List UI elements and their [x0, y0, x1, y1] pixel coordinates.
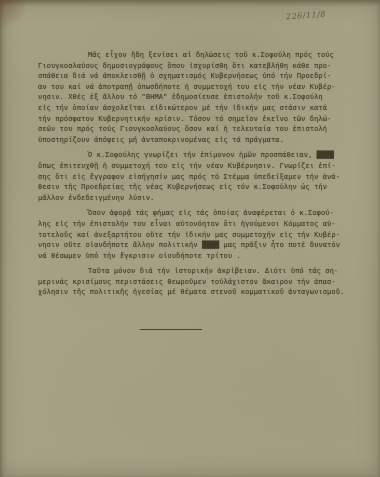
text-line: Ταῦτα μόνον διά τήν ἱστορικήν ἀκρίβειαν.…: [38, 266, 352, 277]
paragraph-4: Ταῦτα μόνον διά τήν ἱστορικήν ἀκρίβειαν.…: [38, 266, 352, 298]
text-line: τήν πρόσφατον Κυβερνητικήν κρίσιν. Τόσον…: [38, 114, 352, 125]
text-line: εἰς τήν ὁποίαν ἀσχολεῖται εἰδικώτερον μέ…: [38, 103, 352, 114]
text-line: νησιν. Χθές ἐξ ἄλλου τό "ΒΗΜΑ" ἐδημοσίευ…: [38, 92, 352, 103]
text-line: Γιουγκοσλαύους δημοσιογράφους ὅπου ἰσχυρ…: [38, 61, 352, 72]
text-line: σης ὅτι εἰς ἔγγραφον εἰσήγησίν μας πρός …: [38, 172, 352, 183]
paper-corner-stain: [0, 0, 26, 30]
text-line: μερινάς κρισίμους περιστάσεις θεωροῦμεν …: [38, 277, 352, 288]
paragraph-2: Ὁ κ.Σοφούλης γνωρίζει τήν ἐπίμονον ἡμῶν …: [38, 150, 352, 203]
text-line: αν του καί νά ἀποτραπῇ ὁπωσδήποτε ἡ συμμ…: [38, 82, 352, 93]
text-line: ὅπως ἐπιτευχθῇ ἡ συμμετοχή του εἰς τήν ν…: [38, 161, 352, 172]
text-line: χόλησιν τῆς πολιτικῆς ἡγεσίας μέ θέματα …: [38, 287, 352, 298]
separator-line: [140, 329, 202, 330]
text-line: λης εἰς τήν ἐπιστολήν του εἶναι αὐτονόητ…: [38, 219, 352, 230]
text-line: θεσιν τῆς Προεδρείας τῆς νέας Κυβερνήσεω…: [38, 182, 352, 193]
text-line: τοτελοῦς καί ἀνεξαρτήτου οὔτε τήν ἰδικήν…: [38, 230, 352, 241]
text-line: ὑποστηρίζουν ἀπόψεις μή ἀνταποκρινομένας…: [38, 135, 352, 146]
document-body: Μᾶς εἶχον ἤδη ξενίσει αἱ δηλώσεις τοῦ κ.…: [38, 50, 352, 303]
paragraph-1: Μᾶς εἶχον ἤδη ξενίσει αἱ δηλώσεις τοῦ κ.…: [38, 50, 352, 145]
reference-number: 226/11/8: [286, 8, 356, 22]
paragraph-3: Ὅσον ἀφορᾷ τάς φήμας εἰς τάς ὁποίας ἀναφ…: [38, 208, 352, 261]
text-line: Ὅσον ἀφορᾷ τάς φήμας εἰς τάς ὁποίας ἀναφ…: [38, 208, 352, 219]
text-line: νησιν οὔτε οἱανδήποτε ἄλλην πολιτικήν ██…: [38, 240, 352, 251]
text-line: νά θέσωμεν ὑπό τήν ἔγκρισιν οἱουδήποτε τ…: [38, 251, 352, 262]
text-line: σπάθεια διά νά ἀποκλεισθῇ ὁ σχηματισμός …: [38, 71, 352, 82]
text-line: μᾶλλον ἐνδεδειγμένην λύσιν.: [38, 193, 352, 204]
text-line: σεών του πρός τούς Γιουγκοσλαύους ὅσον κ…: [38, 124, 352, 135]
text-line: Μᾶς εἶχον ἤδη ξενίσει αἱ δηλώσεις τοῦ κ.…: [38, 50, 352, 61]
document-page: 226/11/8 Μᾶς εἶχον ἤδη ξενίσει αἱ δηλώσε…: [0, 0, 380, 477]
text-line: Ὁ κ.Σοφούλης γνωρίζει τήν ἐπίμονον ἡμῶν …: [38, 150, 352, 161]
